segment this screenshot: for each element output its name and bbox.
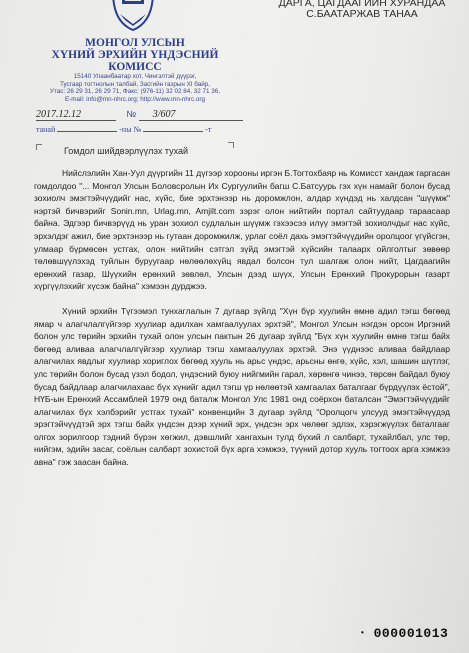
address-line: 15140 Улаанбаатар хот, Чингэлтэй дүүрэг,: [30, 73, 240, 81]
number-label: №: [127, 109, 137, 119]
subject-line: Гомдол шийдвэрлүүлэх тухай: [64, 146, 188, 156]
blank-line: [57, 131, 117, 132]
org-line: ХҮНИЙ ЭРХИЙН ҮНДЭСНИЙ: [40, 49, 230, 61]
date-number-line: 2017.12.12 № 3/607: [36, 109, 243, 121]
org-line: КОМИСС: [40, 61, 230, 73]
dot-mark: •: [360, 629, 365, 638]
serial-value: 000001013: [374, 626, 449, 641]
your-ref-end: -т: [205, 125, 211, 134]
address-line: Тусгаар тогтнолын талбай, Засгийн газрын…: [30, 81, 240, 89]
letter-body: Нийслэлийн Хан-Уул дүүргийн 11 дүгээр хо…: [34, 167, 450, 481]
state-emblem-icon: [108, 0, 158, 32]
address-line: E-mail: info@mn-nhrc.org; http://www.mn-…: [30, 96, 240, 104]
your-reference-line: танай -ны № -т: [36, 125, 211, 134]
letter-page: МОНГОЛ УЛСЫН ХҮНИЙ ЭРХИЙН ҮНДЭСНИЙ КОМИС…: [0, 0, 469, 653]
paragraph: Нийслэлийн Хан-Уул дүүргийн 11 дүгээр хо…: [34, 167, 450, 293]
organization-address: 15140 Улаанбаатар хот, Чингэлтэй дүүрэг,…: [30, 73, 240, 103]
serial-number: • 000001013: [360, 626, 448, 641]
recipient-line: С.БААТАРЖАВ ТАНАА: [262, 9, 462, 20]
letter-number: 3/607: [139, 109, 243, 121]
corner-mark: [36, 144, 42, 150]
letter-date: 2017.12.12: [36, 109, 116, 121]
your-ref-mid: -ны №: [119, 125, 141, 134]
paragraph: Хүний эрхийн Түгээмэл тунхаглалын 7 дуга…: [34, 305, 450, 469]
organization-name: МОНГОЛ УЛСЫН ХҮНИЙ ЭРХИЙН ҮНДЭСНИЙ КОМИС…: [40, 37, 230, 73]
corner-mark: [228, 142, 234, 148]
recipient-block: ДАРГА, ЦАГДААГИЙН ХУРАНДАА С.БААТАРЖАВ Т…: [262, 0, 462, 20]
blank-line: [143, 131, 203, 132]
your-ref-label: танай: [36, 125, 55, 134]
org-line: МОНГОЛ УЛСЫН: [40, 37, 230, 49]
address-line: Утас: 26 29 31, 26 29 71, Факс: (976-11)…: [30, 88, 240, 96]
